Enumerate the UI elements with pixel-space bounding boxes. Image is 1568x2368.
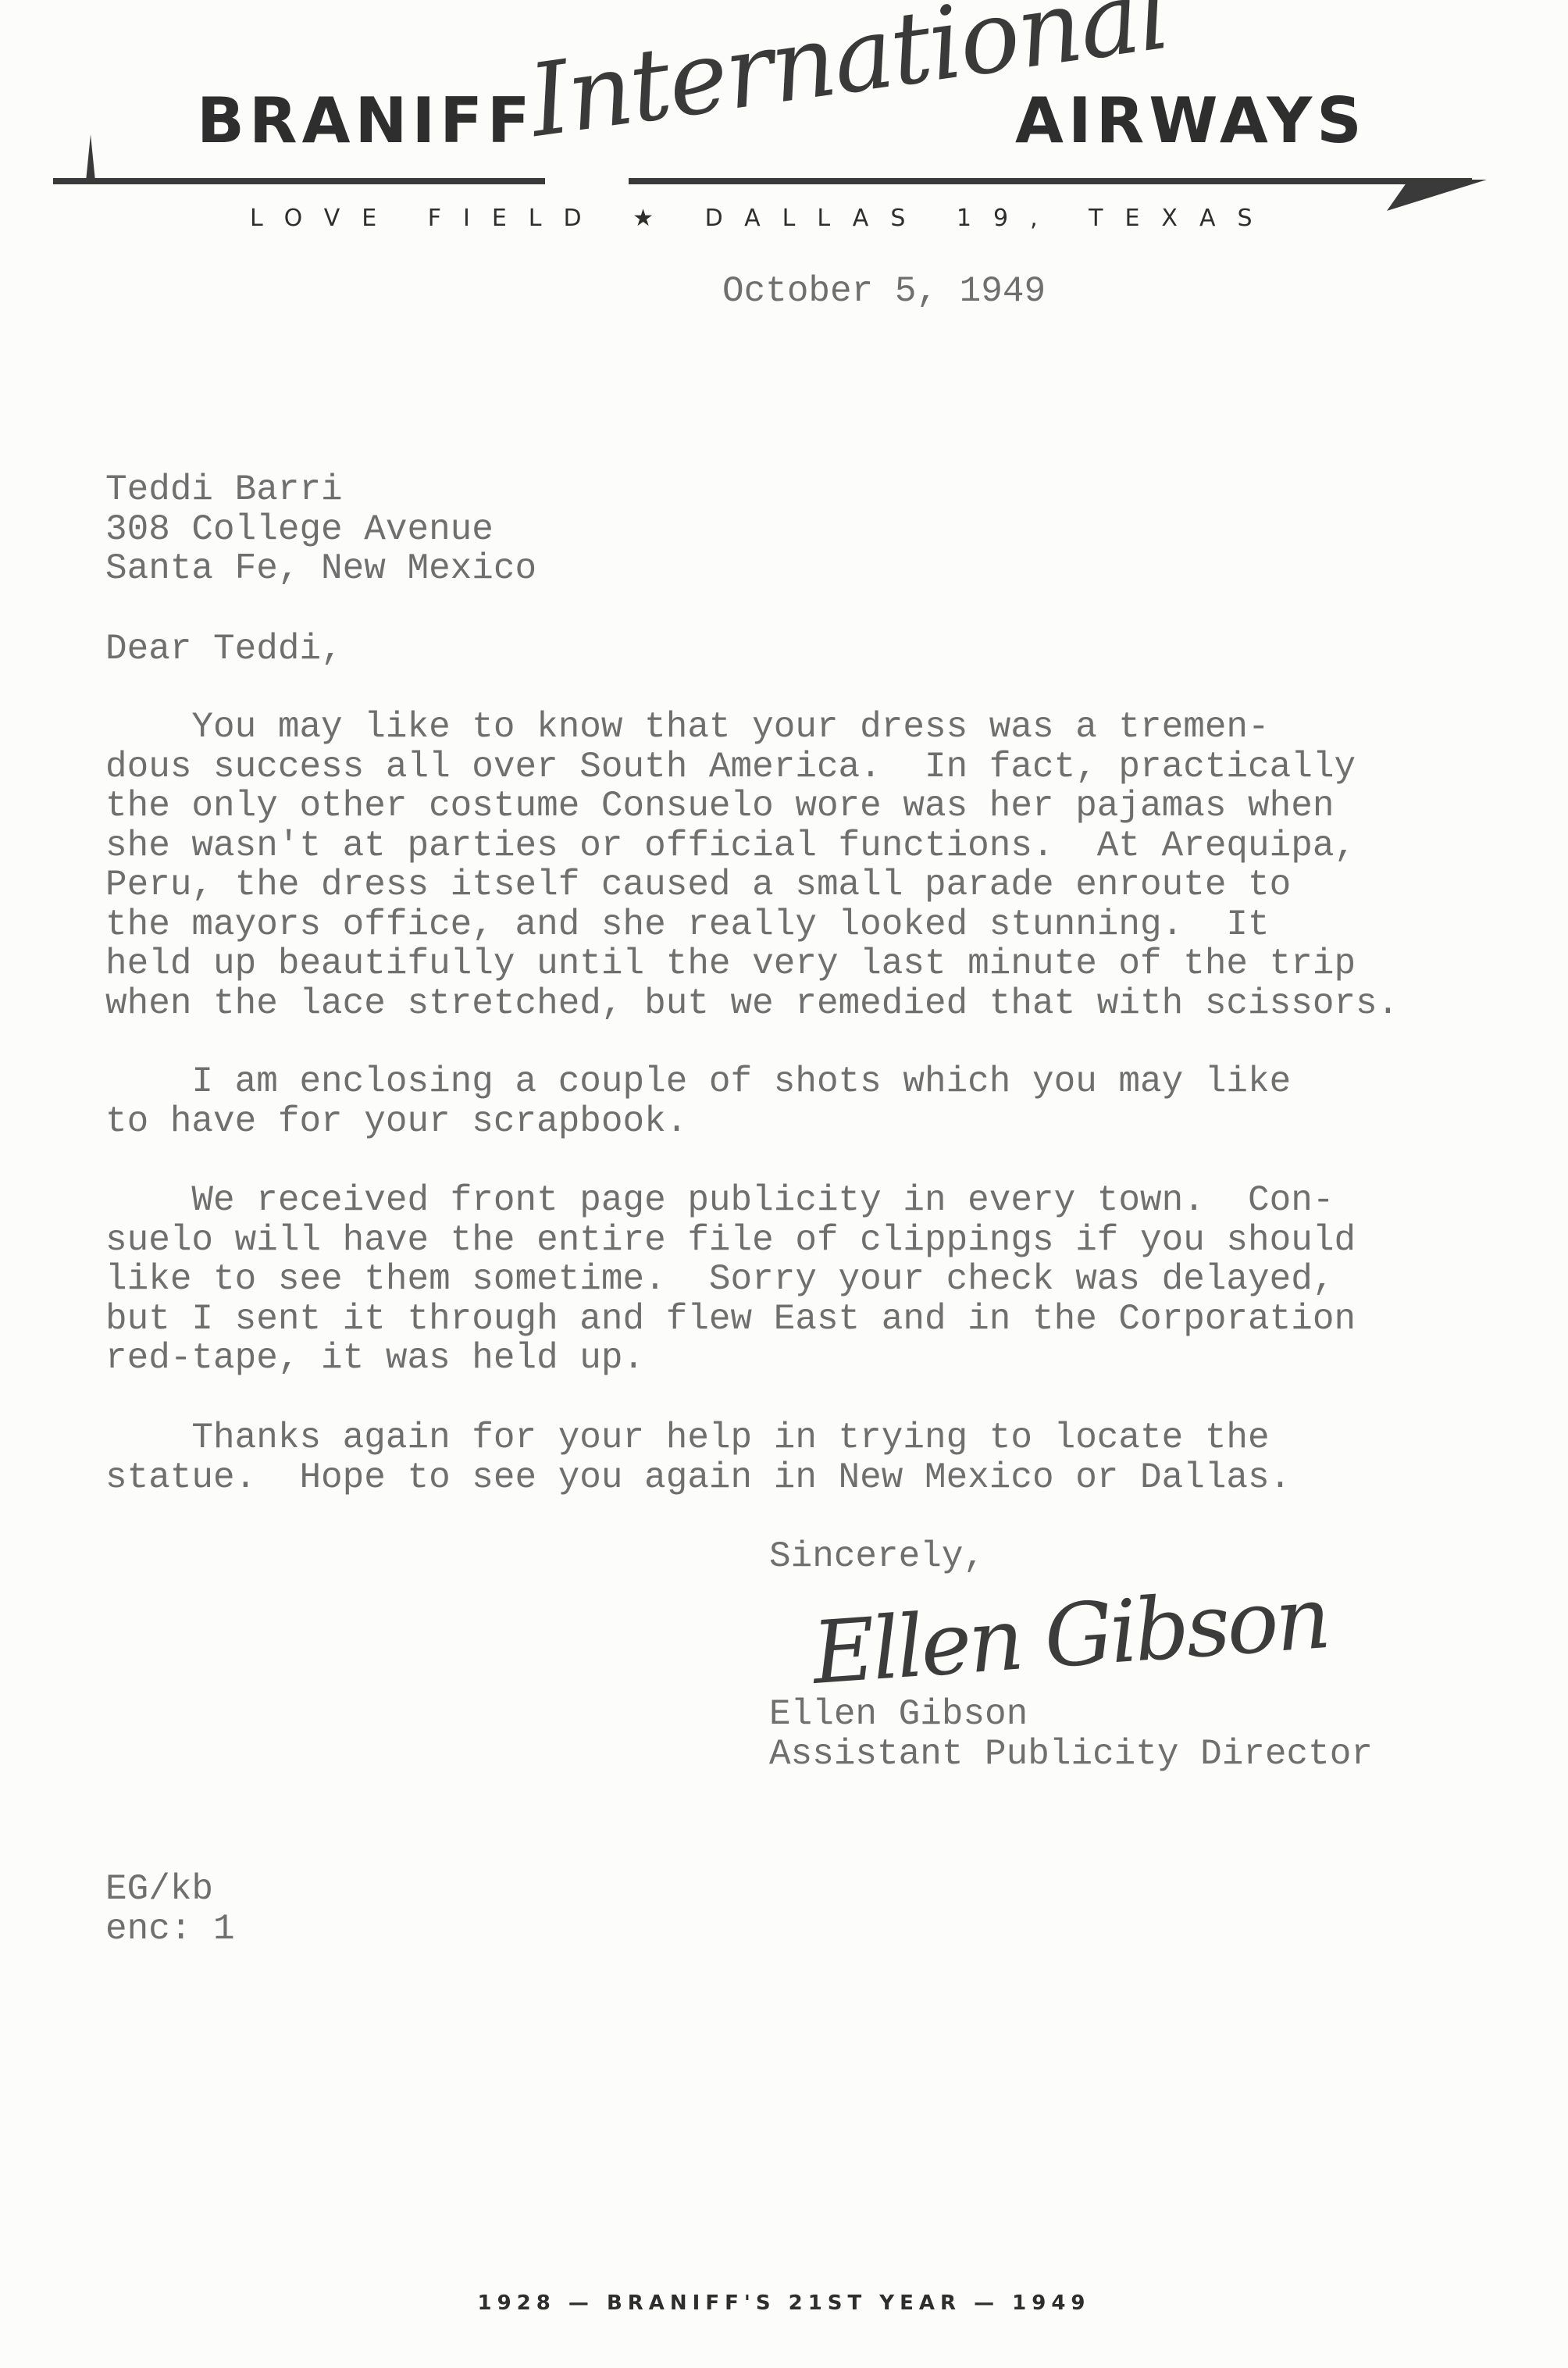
body-paragraph-3: We received front page publicity in ever…: [105, 1181, 1356, 1378]
letterhead-address: LOVE FIELD ★ DALLAS 19, TEXAS: [250, 205, 1281, 232]
tail-fin-graphic: [86, 134, 95, 181]
body-paragraph-4: Thanks again for your help in trying to …: [105, 1418, 1291, 1497]
handwritten-signature: Ellen Gibson: [809, 1567, 1331, 1703]
enclosure-note: enc: 1: [105, 1909, 235, 1949]
recipient-name: Teddi Barri: [105, 469, 343, 510]
body-paragraph-1: You may like to know that your dress was…: [105, 708, 1399, 1023]
letter-page: BRANIFF International AIRWAYS LOVE FIELD…: [0, 0, 1568, 2368]
signer-name: Ellen Gibson: [769, 1694, 1028, 1735]
brand-airways: AIRWAYS: [1015, 84, 1367, 157]
reference-block: EG/kb enc: 1: [105, 1870, 235, 1949]
body-paragraph-2: I am enclosing a couple of shots which y…: [105, 1062, 1291, 1141]
arrow-tip-graphic: [1387, 180, 1487, 211]
signer-block: Ellen Gibson Assistant Publicity Directo…: [769, 1695, 1373, 1774]
recipient-street: 308 College Avenue: [105, 509, 494, 550]
anniversary-footer: 1928 — BRANIFF'S 21ST YEAR — 1949: [0, 2291, 1568, 2315]
signer-title: Assistant Publicity Director: [769, 1734, 1373, 1774]
reference-initials: EG/kb: [105, 1869, 213, 1910]
letterhead-rule-right: [629, 178, 1472, 184]
letter-date: October 5, 1949: [722, 272, 1046, 312]
letterhead-rule-left: [53, 178, 545, 184]
recipient-city: Santa Fe, New Mexico: [105, 548, 536, 589]
salutation: Dear Teddi,: [105, 629, 343, 669]
brand-braniff: BRANIFF: [197, 84, 535, 157]
closing: Sincerely,: [769, 1537, 985, 1577]
recipient-address: Teddi Barri 308 College Avenue Santa Fe,…: [105, 470, 536, 589]
